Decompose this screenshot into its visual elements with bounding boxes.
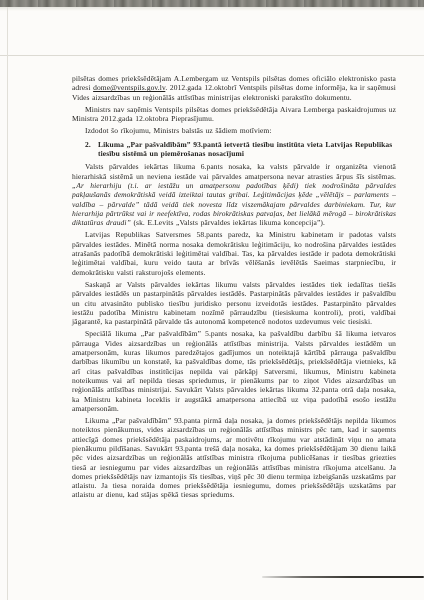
section-heading-number: 2. [85, 140, 91, 149]
paragraph-intro-continuation: pilsētas domes priekšsēdētājam A.Lemberg… [72, 74, 396, 102]
page-edge-vertical-line [7, 7, 8, 600]
paragraph-law-93: Likuma „Par pašvaldībām” 93.panta pirmā … [72, 416, 396, 500]
paragraph-minister-statement: Ministrs nav saņēmis Ventspils pilsētas … [72, 105, 396, 124]
paragraph-state-administration-law: Valsts pārvaldes iekārtas likuma 6.pants… [72, 162, 396, 227]
email-link[interactable]: dome@ventspils.gov.lv [93, 83, 165, 92]
paragraph-satversme-58: Latvijas Republikas Satversmes 58.pants … [72, 230, 396, 276]
paragraph-order-motives-lead: Izdodot šo rīkojumu, Ministrs balstās uz… [72, 126, 396, 135]
paragraph-text: (sk. E.Levits „Valsts pārvaldes iekārtas… [131, 218, 325, 227]
scanned-document-page: pilsētas domes priekšsēdētājam A.Lemberg… [0, 0, 424, 600]
scanner-edge-noise-band [0, 0, 424, 7]
scan-artifact-line [262, 576, 424, 578]
paragraph-institution-division: Saskaņā ar Valsts pārvaldes iekārtas lik… [72, 280, 396, 326]
section-heading-text: Likuma „Par pašvaldībām” 93.pantā ietver… [98, 140, 392, 158]
page-edge-horizontal-line [0, 55, 424, 56]
section-heading: 2. Likuma „Par pašvaldībām” 93.pantā iet… [72, 140, 396, 159]
scanner-edge-fade [0, 7, 424, 11]
paragraph-text: Valsts pārvaldes iekārtas likuma 6.pants… [72, 162, 396, 180]
document-text-column: pilsētas domes priekšsēdētājam A.Lemberg… [72, 74, 396, 503]
paragraph-special-law-5: Speciālā likuma „Par pašvaldībām” 5.pant… [72, 329, 396, 413]
